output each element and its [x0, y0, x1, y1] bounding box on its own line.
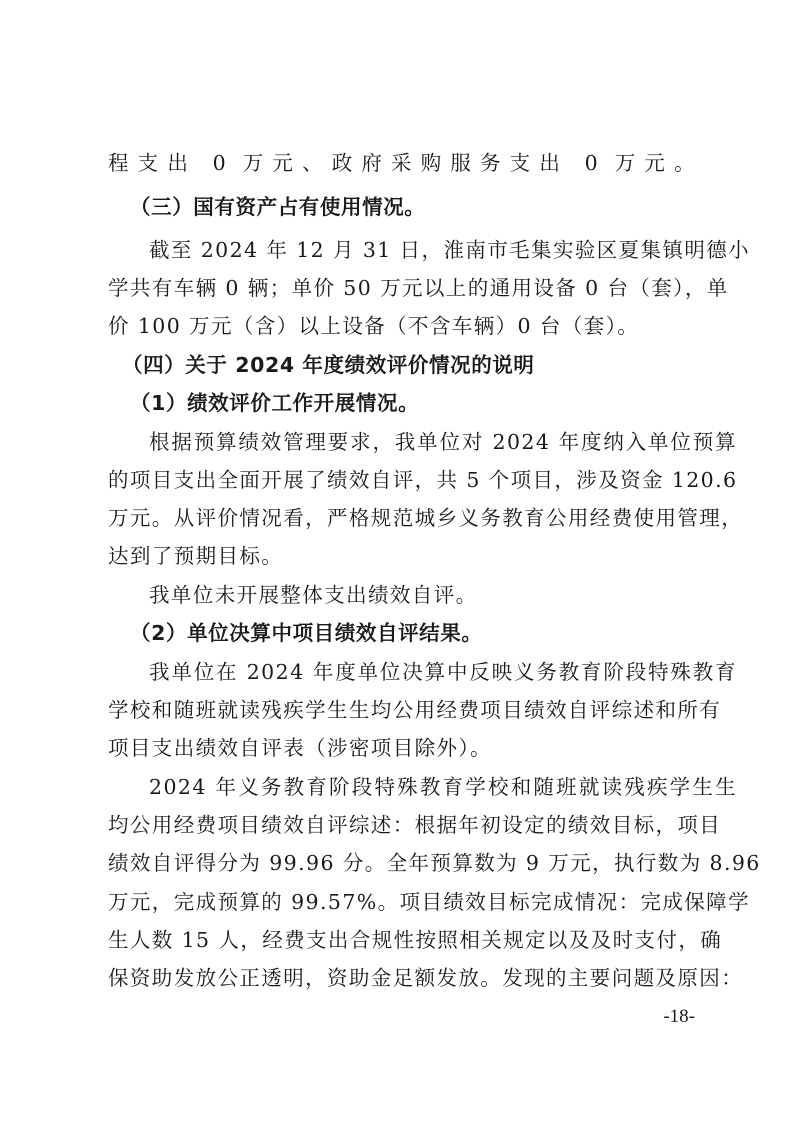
section-heading-assets: （三）国有资产占有使用情况。	[108, 188, 718, 226]
paragraph-line: 学校和随班就读残疾学生生均公用经费项目绩效自评综述和所有	[108, 691, 696, 729]
paragraph-line: 截至 2024 年 12 月 31 日，淮南市毛集实验区夏集镇明德小	[108, 231, 737, 269]
page-number: -18-	[663, 1004, 695, 1030]
paragraph-line: 程支出 0 万元、政府采购服务支出 0 万元。	[108, 144, 696, 182]
paragraph-line: 达到了预期目标。	[108, 537, 696, 575]
paragraph-line: 绩效自评得分为 99.96 分。全年预算数为 9 万元，执行数为 8.96	[108, 844, 696, 882]
section-heading-performance: （四）关于 2024 年度绩效评价情况的说明	[108, 346, 710, 384]
paragraph-line: 价 100 万元（含）以上设备（不含车辆）0 台（套）。	[108, 307, 696, 345]
paragraph-line: 万元。从评价情况看，严格规范城乡义务教育公用经费使用管理，	[108, 499, 696, 537]
subheading-evaluation-work: （1）绩效评价工作开展情况。	[108, 384, 718, 422]
paragraph-line: 我单位在 2024 年度单位决算中反映义务教育阶段特殊教育	[108, 653, 737, 691]
paragraph-line: 生人数 15 人，经费支出合规性按照相关规定以及及时支付，确	[108, 921, 696, 959]
paragraph-line: 我单位未开展整体支出绩效自评。	[108, 576, 737, 614]
paragraph-line: 学共有车辆 0 辆；单价 50 万元以上的通用设备 0 台（套），单	[108, 269, 696, 307]
paragraph-line: 项目支出绩效自评表（涉密项目除外）。	[108, 729, 696, 767]
paragraph-line: 根据预算绩效管理要求，我单位对 2024 年度纳入单位预算	[108, 423, 737, 461]
subheading-project-results: （2）单位决算中项目绩效自评结果。	[108, 614, 718, 652]
paragraph-line: 2024 年义务教育阶段特殊教育学校和随班就读残疾学生生	[108, 768, 737, 806]
paragraph-line: 保资助发放公正透明，资助金足额发放。发现的主要问题及原因：	[108, 959, 696, 997]
paragraph-line: 万元，完成预算的 99.57%。项目绩效目标完成情况：完成保障学	[108, 883, 696, 921]
paragraph-line: 的项目支出全面开展了绩效自评，共 5 个项目，涉及资金 120.6	[108, 461, 696, 499]
paragraph-line: 均公用经费项目绩效自评综述：根据年初设定的绩效目标，项目	[108, 806, 696, 844]
